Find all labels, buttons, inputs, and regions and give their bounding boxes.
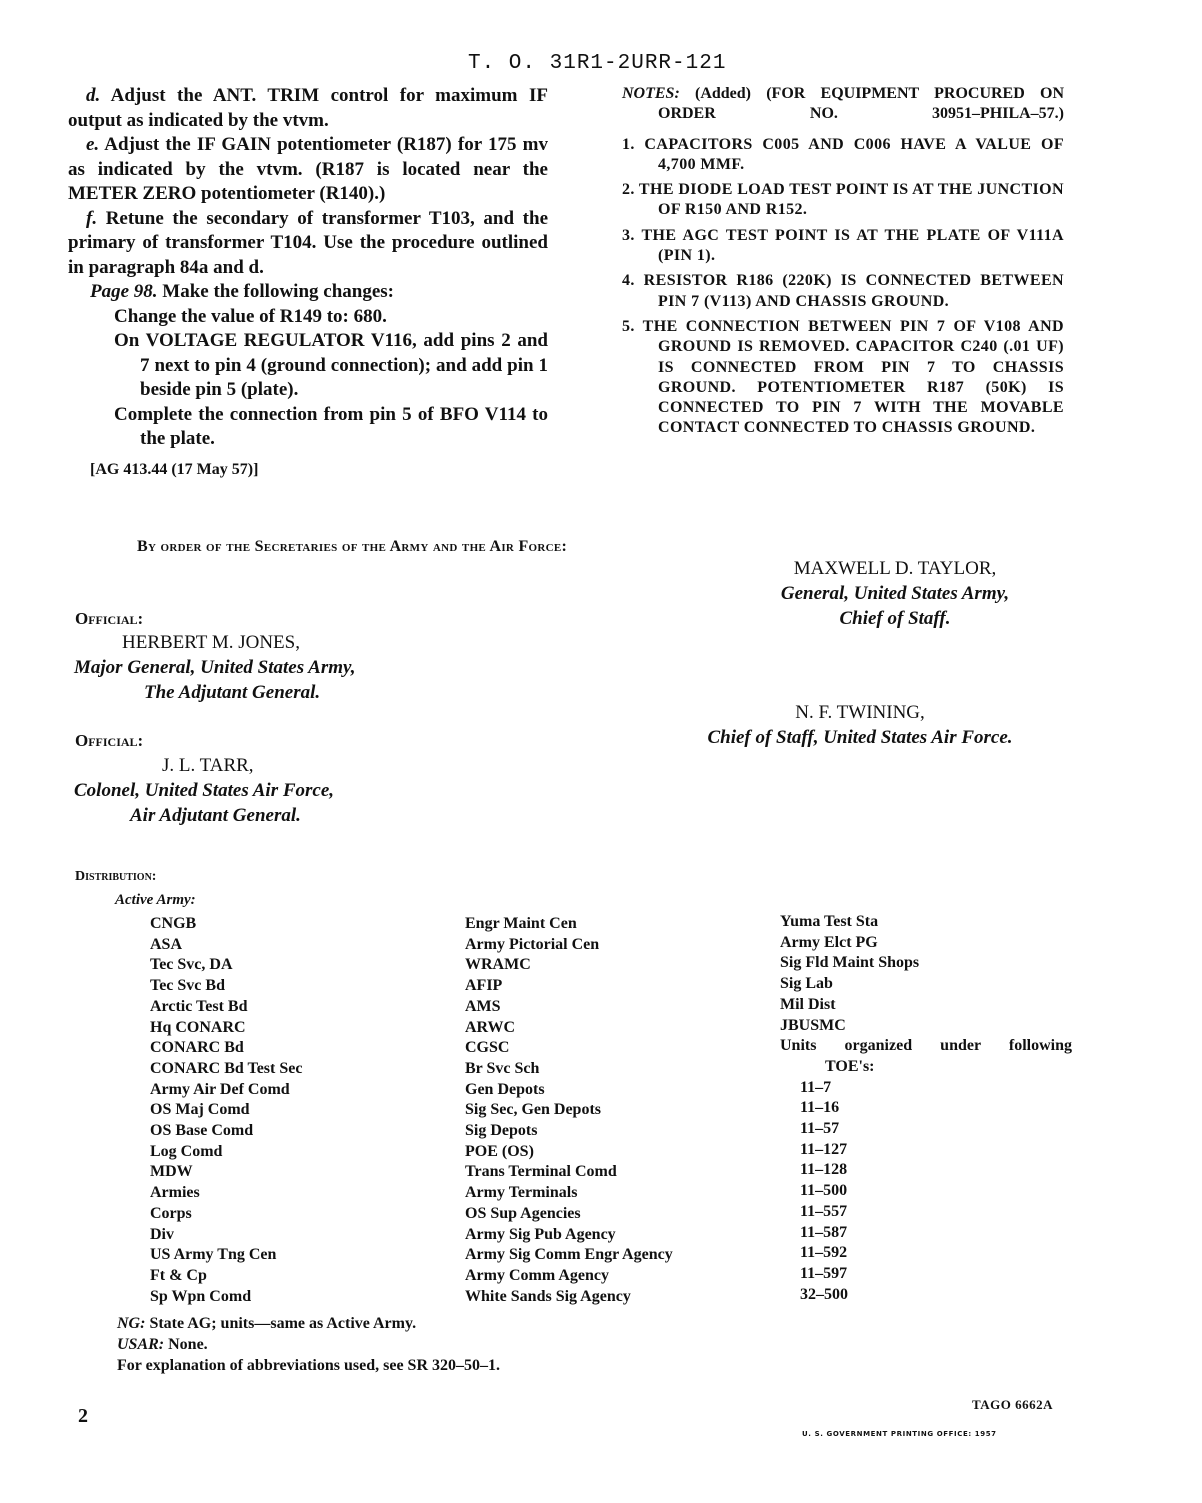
toe-item: 11–597: [800, 1264, 1072, 1285]
distribution-item: Engr Maint Cen: [465, 914, 673, 935]
toe-item: 11–57: [800, 1119, 1072, 1140]
distribution-item: Log Comd: [150, 1142, 302, 1163]
distribution-item: Sp Wpn Comd: [150, 1287, 302, 1308]
toe-item: 11–587: [800, 1223, 1072, 1244]
distribution-item: OS Maj Comd: [150, 1100, 302, 1121]
distribution-heading: Distribution:: [75, 869, 156, 885]
distribution-item: Army Comm Agency: [465, 1266, 673, 1287]
distribution-item: Sig Fld Maint Shops: [780, 953, 1072, 974]
document-number: T. O. 31R1-2URR-121: [468, 52, 726, 75]
signer-title: General, United States Army,: [730, 581, 1060, 606]
distribution-item: Army Pictorial Cen: [465, 935, 673, 956]
distribution-item: CGSC: [465, 1038, 673, 1059]
signer-title: Chief of Staff, United States Air Force.: [660, 725, 1060, 750]
signature-block-jones: HERBERT M. JONES, Major General, United …: [62, 630, 452, 705]
toe-item: 11–592: [800, 1243, 1072, 1264]
toe-item: 11–7: [800, 1078, 1072, 1099]
tago-number: TAGO 6662A: [972, 1397, 1053, 1413]
distribution-item: OS Sup Agencies: [465, 1204, 673, 1225]
distribution-item: Hq CONARC: [150, 1018, 302, 1039]
distribution-item: POE (OS): [465, 1142, 673, 1163]
by-order-line: By order of the Secretaries of the Army …: [137, 538, 567, 556]
distribution-item: US Army Tng Cen: [150, 1245, 302, 1266]
official-label: Official:: [75, 731, 143, 751]
distribution-item: OS Base Comd: [150, 1121, 302, 1142]
signer-name: N. F. TWINING,: [660, 700, 1060, 725]
left-column: d. Adjust the ANT. TRIM control for maxi…: [68, 84, 548, 482]
signature-block-twining: N. F. TWINING, Chief of Staff, United St…: [660, 700, 1060, 750]
toe-item: 11–500: [800, 1181, 1072, 1202]
toe-label: TOE's:: [780, 1057, 1072, 1078]
distribution-item: AFIP: [465, 976, 673, 997]
change-item: Change the value of R149 to: 680.: [68, 305, 548, 330]
official-label: Official:: [75, 609, 143, 629]
note-item: 2. THE DIODE LOAD TEST POINT IS AT THE J…: [622, 180, 1064, 221]
ag-reference: [AG 413.44 (17 May 57)]: [90, 458, 548, 483]
note-item: 3. THE AGC TEST POINT IS AT THE PLATE OF…: [622, 226, 1064, 267]
abbreviation-note: For explanation of abbreviations used, s…: [117, 1356, 500, 1376]
distribution-item: Army Sig Comm Engr Agency: [465, 1245, 673, 1266]
distribution-item: Gen Depots: [465, 1080, 673, 1101]
official-title: Major General, United States Army,: [62, 655, 452, 680]
distribution-item: Army Elct PG: [780, 933, 1072, 954]
usar-note: USAR: None.: [117, 1335, 208, 1355]
distribution-item: Armies: [150, 1183, 302, 1204]
distribution-item: MDW: [150, 1162, 302, 1183]
official-name: J. L. TARR,: [62, 753, 452, 778]
active-army-label: Active Army:: [115, 892, 196, 909]
distribution-column-1: CNGBASATec Svc, DATec Svc BdArctic Test …: [150, 914, 302, 1307]
distribution-item: ARWC: [465, 1018, 673, 1039]
official-title: Air Adjutant General.: [62, 803, 452, 828]
distribution-column-3: Yuma Test StaArmy Elct PGSig Fld Maint S…: [780, 912, 1072, 1305]
toe-item: 32–500: [800, 1285, 1072, 1306]
step-f: f. Retune the secondary of transformer T…: [68, 207, 548, 281]
distribution-item: Br Svc Sch: [465, 1059, 673, 1080]
distribution-item: Arctic Test Bd: [150, 997, 302, 1018]
signature-block-taylor: MAXWELL D. TAYLOR, General, United State…: [730, 556, 1060, 631]
toe-item: 11–557: [800, 1202, 1072, 1223]
distribution-item: WRAMC: [465, 955, 673, 976]
distribution-item: Army Air Def Comd: [150, 1080, 302, 1101]
page-reference: Page 98. Make the following changes:: [68, 280, 548, 305]
change-item: On VOLTAGE REGULATOR V116, add pins 2 an…: [68, 329, 548, 403]
official-title: The Adjutant General.: [62, 680, 452, 705]
distribution-item: JBUSMC: [780, 1016, 1072, 1037]
note-item: 5. THE CONNECTION BETWEEN PIN 7 OF V108 …: [622, 317, 1064, 439]
distribution-item: Army Terminals: [465, 1183, 673, 1204]
signer-title: Chief of Staff.: [730, 606, 1060, 631]
change-item: Complete the connection from pin 5 of BF…: [68, 403, 548, 452]
page-number: 2: [78, 1405, 88, 1428]
distribution-item: Sig Sec, Gen Depots: [465, 1100, 673, 1121]
toe-item: 11–127: [800, 1140, 1072, 1161]
distribution-item: Sig Depots: [465, 1121, 673, 1142]
notes-column: NOTES: (Added) (FOR EQUIPMENT PROCURED O…: [622, 84, 1064, 444]
toe-item: 11–128: [800, 1160, 1072, 1181]
distribution-item: Div: [150, 1225, 302, 1246]
distribution-item: Tec Svc, DA: [150, 955, 302, 976]
printer-imprint: U. S. GOVERNMENT PRINTING OFFICE: 1957: [802, 1430, 997, 1438]
units-line: Units organized under following: [780, 1036, 1072, 1057]
distribution-item: AMS: [465, 997, 673, 1018]
distribution-column-2: Engr Maint CenArmy Pictorial CenWRAMCAFI…: [465, 914, 673, 1307]
signature-block-tarr: J. L. TARR, Colonel, United States Air F…: [62, 753, 452, 828]
distribution-item: ASA: [150, 935, 302, 956]
toe-item: 11–16: [800, 1098, 1072, 1119]
distribution-item: White Sands Sig Agency: [465, 1287, 673, 1308]
distribution-item: Ft & Cp: [150, 1266, 302, 1287]
distribution-item: Trans Terminal Comd: [465, 1162, 673, 1183]
distribution-item: CNGB: [150, 914, 302, 935]
distribution-item: CONARC Bd Test Sec: [150, 1059, 302, 1080]
distribution-item: Tec Svc Bd: [150, 976, 302, 997]
distribution-item: Mil Dist: [780, 995, 1072, 1016]
note-item: 4. RESISTOR R186 (220K) IS CONNECTED BET…: [622, 271, 1064, 312]
ng-note: NG: State AG; units—same as Active Army.: [117, 1314, 416, 1334]
distribution-item: Sig Lab: [780, 974, 1072, 995]
distribution-item: Yuma Test Sta: [780, 912, 1072, 933]
step-e: e. Adjust the IF GAIN potentiometer (R18…: [68, 133, 548, 207]
official-name: HERBERT M. JONES,: [62, 630, 452, 655]
distribution-item: CONARC Bd: [150, 1038, 302, 1059]
distribution-item: Corps: [150, 1204, 302, 1225]
official-title: Colonel, United States Air Force,: [62, 778, 452, 803]
notes-heading: NOTES: (Added) (FOR EQUIPMENT PROCURED O…: [622, 84, 1064, 125]
step-d: d. Adjust the ANT. TRIM control for maxi…: [68, 84, 548, 133]
note-item: 1. CAPACITORS C005 AND C006 HAVE A VALUE…: [622, 135, 1064, 176]
signer-name: MAXWELL D. TAYLOR,: [730, 556, 1060, 581]
distribution-item: Army Sig Pub Agency: [465, 1225, 673, 1246]
